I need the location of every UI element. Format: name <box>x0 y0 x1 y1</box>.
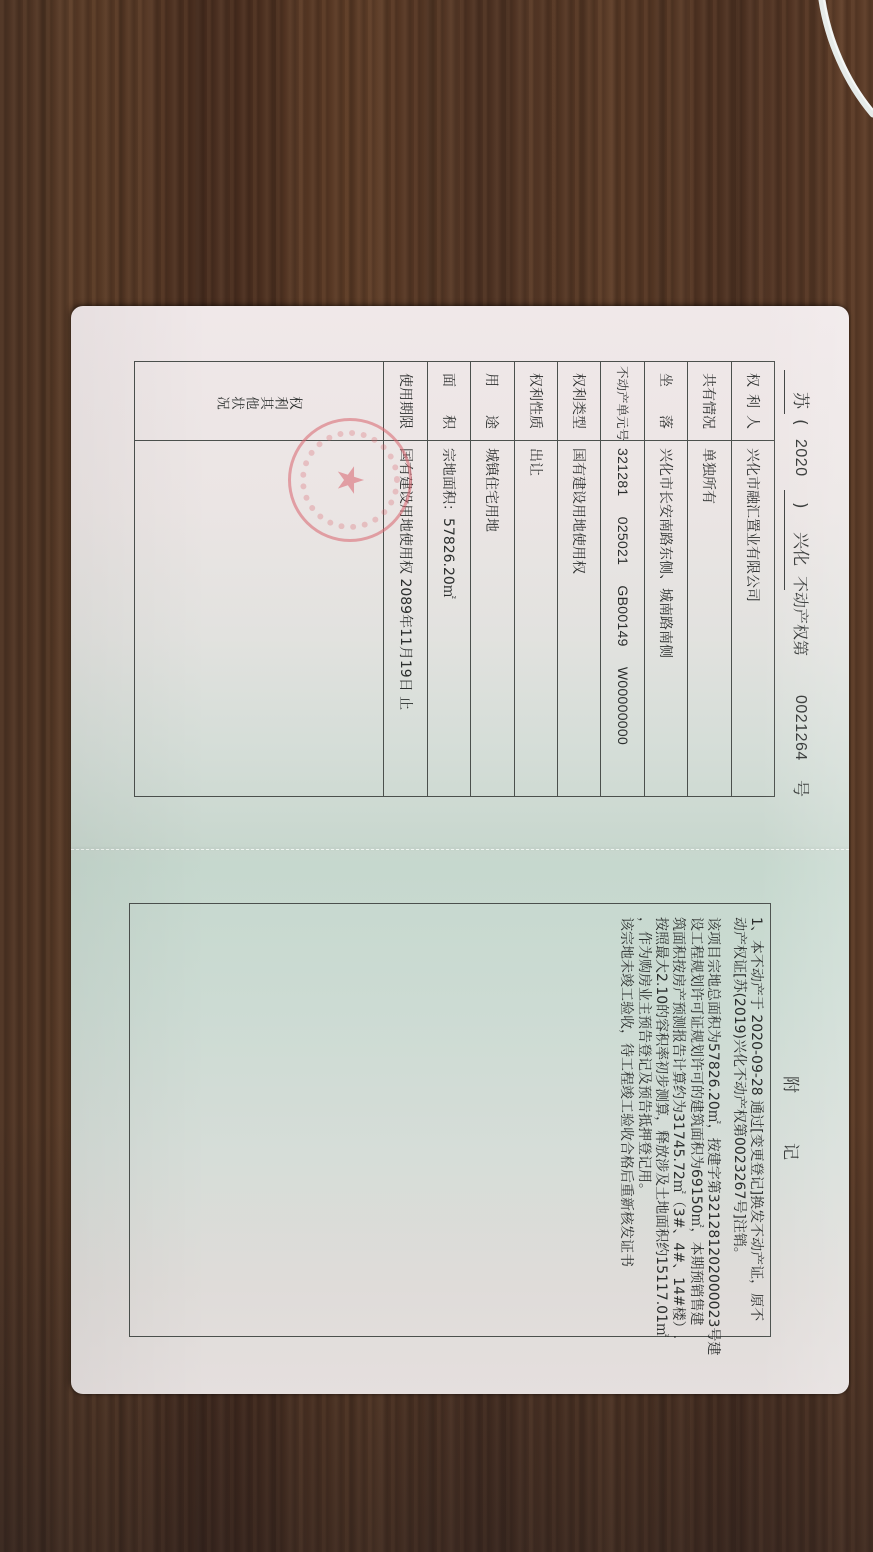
paren-close: ) <box>790 502 810 509</box>
annex-line: ，作为购房业主预告登记及预告抵押登记用。 <box>634 917 651 1328</box>
annex-line: 1、本不动产于 2020-09-28 通过[变更登记]换发不动产证，原不 <box>747 917 764 1328</box>
row-value-usage: 城镇住宅用地 <box>470 441 513 796</box>
annex-line: 筑面积按房产预测报告计算约为31745.72㎡（3#、4#、14#楼）. <box>669 917 686 1328</box>
annex-line: 动产权证[苏(2019)兴化不动产权第0023267号]注销。 <box>729 917 746 1328</box>
certificate-number-suffix: 号 <box>790 780 810 797</box>
star-icon: ★ <box>291 421 409 539</box>
paren-open: ( <box>790 419 810 426</box>
row-label-area: 面积 <box>427 362 470 441</box>
province: 苏 <box>790 392 810 409</box>
row-value-area: 宗地面积：57826.20㎡ <box>427 441 470 796</box>
province-underline <box>784 370 785 414</box>
row-label-right-type: 权利类型 <box>557 362 600 441</box>
annex-line: 设工程规划许可证规划许可的建筑面积为69150㎡，本期预销售建 <box>686 917 703 1328</box>
certificate-type-text: 不动产权第 <box>790 576 810 656</box>
annex-line: 该项目宗地总面积为57826.20㎡，按建字第321281202000023号建 <box>704 917 721 1328</box>
row-value-co-ownership: 单独所有 <box>687 441 730 796</box>
official-seal: ★ <box>288 418 412 542</box>
row-label-right-nature: 权利性质 <box>514 362 557 441</box>
white-cable <box>0 0 873 140</box>
row-value-right-nature: 出让 <box>514 441 557 796</box>
row-label-usage: 用途 <box>470 362 513 441</box>
certificate-number: 0021264 <box>790 695 810 761</box>
row-label-owner: 权利人 <box>731 362 774 441</box>
booklet-fold <box>71 849 849 850</box>
annex-line: 该宗地未竣工验收，待工程竣工验收合格后重新核发证书 <box>617 917 634 1328</box>
annex-box: 1、本不动产于 2020-09-28 通过[变更登记]换发不动产证，原不 动产权… <box>129 903 771 1337</box>
annex-title: 附记 <box>780 1076 800 1210</box>
row-label-unit-number: 不动产单元号 <box>600 362 643 441</box>
row-label-location: 坐落 <box>644 362 687 441</box>
certificate-year: 2020 <box>790 439 810 477</box>
region-underline <box>784 490 785 590</box>
property-certificate-booklet: 苏 ( 2020 ) 兴化 不动产权第 0021264 号 权利人 兴化市融汇置… <box>71 306 849 1394</box>
annex-line: 按照最大2.10的容积率初步测算，释放涉及土地面积约15117.01㎡ <box>652 917 669 1328</box>
row-label-co-ownership: 共有情况 <box>687 362 730 441</box>
row-value-right-type: 国有建设用地使用权 <box>557 441 600 796</box>
rights-table: 权利人 兴化市融汇置业有限公司 共有情况 单独所有 坐落 兴化市长安南路东侧、城… <box>134 361 775 797</box>
row-value-location: 兴化市长安南路东侧、城南路南侧 <box>644 441 687 796</box>
row-value-owner: 兴化市融汇置业有限公司 <box>731 441 774 796</box>
certificate-region: 兴化 <box>790 532 810 566</box>
row-value-unit-number: 321281 025021 GB00149 W00000000 <box>600 441 643 796</box>
